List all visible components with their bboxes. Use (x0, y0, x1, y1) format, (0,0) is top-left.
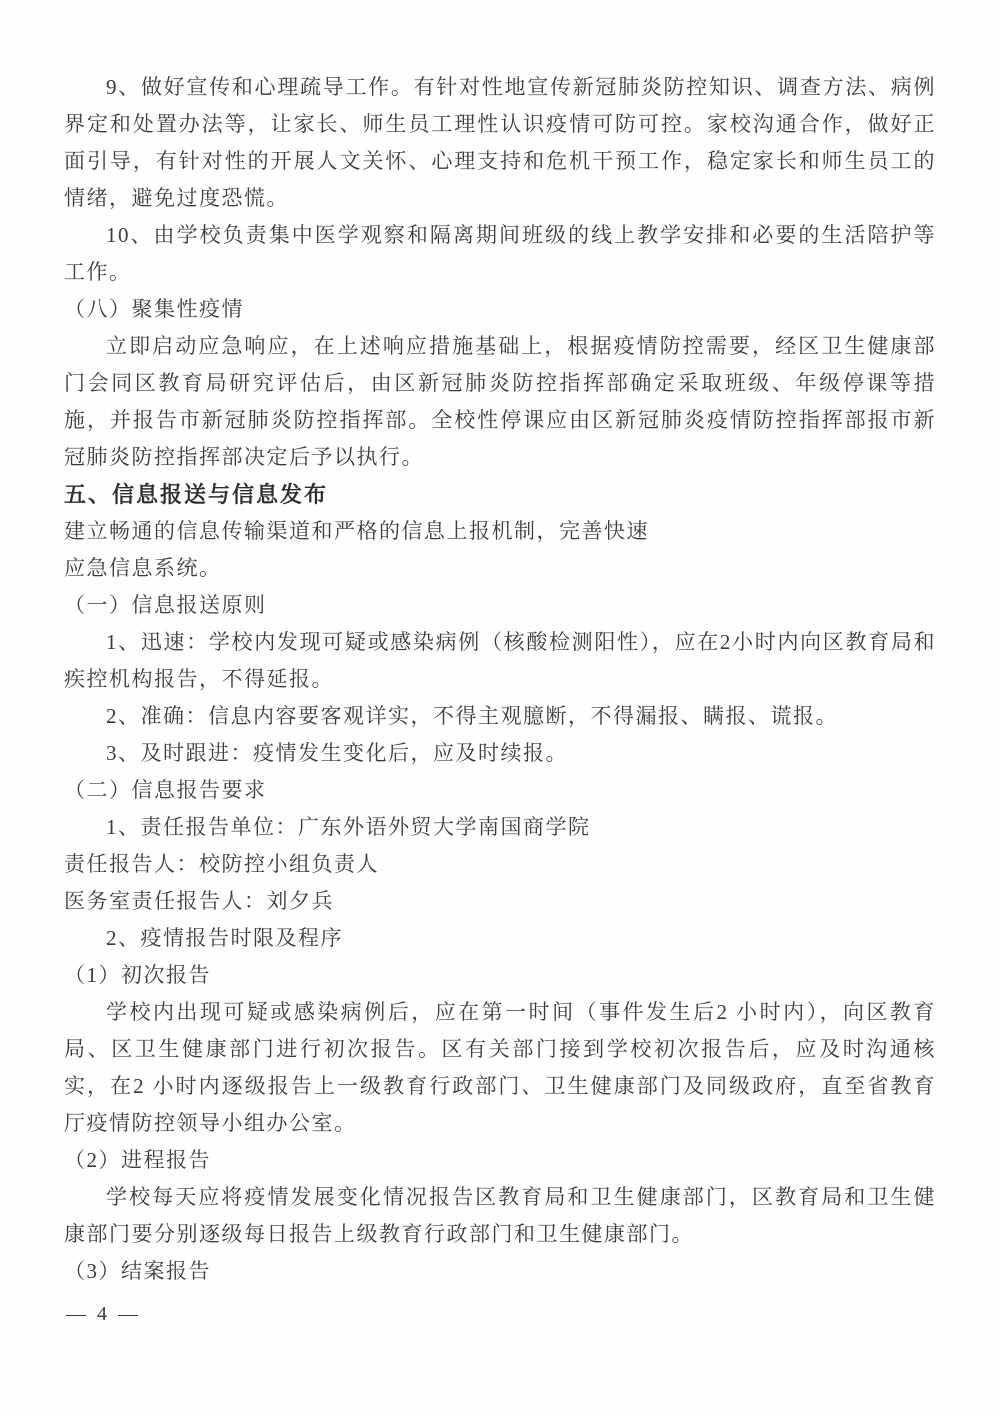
paragraph: （2）进程报告 (64, 1142, 936, 1179)
document-body: 9、做好宣传和心理疏导工作。有针对性地宣传新冠肺炎防控知识、调查方法、病例界定和… (64, 69, 936, 1290)
section-heading: 五、信息报送与信息发布 (64, 476, 936, 513)
document-page: 9、做好宣传和心理疏导工作。有针对性地宣传新冠肺炎防控知识、调查方法、病例界定和… (0, 0, 999, 1415)
paragraph: 学校内出现可疑或感染病例后，应在第一时间（事件发生后2 小时内），向区教育局、区… (64, 994, 936, 1142)
paragraph: （八）聚集性疫情 (64, 291, 936, 328)
paragraph: 责任报告人：校防控小组负责人 (64, 846, 936, 883)
paragraph: 2、疫情报告时限及程序 (64, 920, 936, 957)
paragraph: 1、责任报告单位：广东外语外贸大学南国商学院 (64, 809, 936, 846)
paragraph: 2、准确：信息内容要客观详实，不得主观臆断，不得漏报、瞒报、谎报。 (64, 698, 936, 735)
paragraph: （二）信息报告要求 (64, 772, 936, 809)
paragraph: 立即启动应急响应，在上述响应措施基础上，根据疫情防控需要，经区卫生健康部门会同区… (64, 328, 936, 476)
paragraph: 应急信息系统。 (64, 550, 936, 587)
paragraph: 9、做好宣传和心理疏导工作。有针对性地宣传新冠肺炎防控知识、调查方法、病例界定和… (64, 69, 936, 217)
paragraph: 建立畅通的信息传输渠道和严格的信息上报机制，完善快速 (64, 513, 936, 550)
paragraph: 3、及时跟进：疫情发生变化后，应及时续报。 (64, 735, 936, 772)
paragraph: （3）结案报告 (64, 1253, 936, 1290)
paragraph: （一）信息报送原则 (64, 587, 936, 624)
paragraph: （1）初次报告 (64, 957, 936, 994)
page-number: — 4 — (66, 1303, 141, 1326)
paragraph: 学校每天应将疫情发展变化情况报告区教育局和卫生健康部门，区教育局和卫生健康部门要… (64, 1179, 936, 1253)
paragraph: 1、迅速：学校内发现可疑或感染病例（核酸检测阳性），应在2小时内向区教育局和疾控… (64, 624, 936, 698)
paragraph: 医务室责任报告人：刘夕兵 (64, 883, 936, 920)
paragraph: 10、由学校负责集中医学观察和隔离期间班级的线上教学安排和必要的生活陪护等工作。 (64, 217, 936, 291)
